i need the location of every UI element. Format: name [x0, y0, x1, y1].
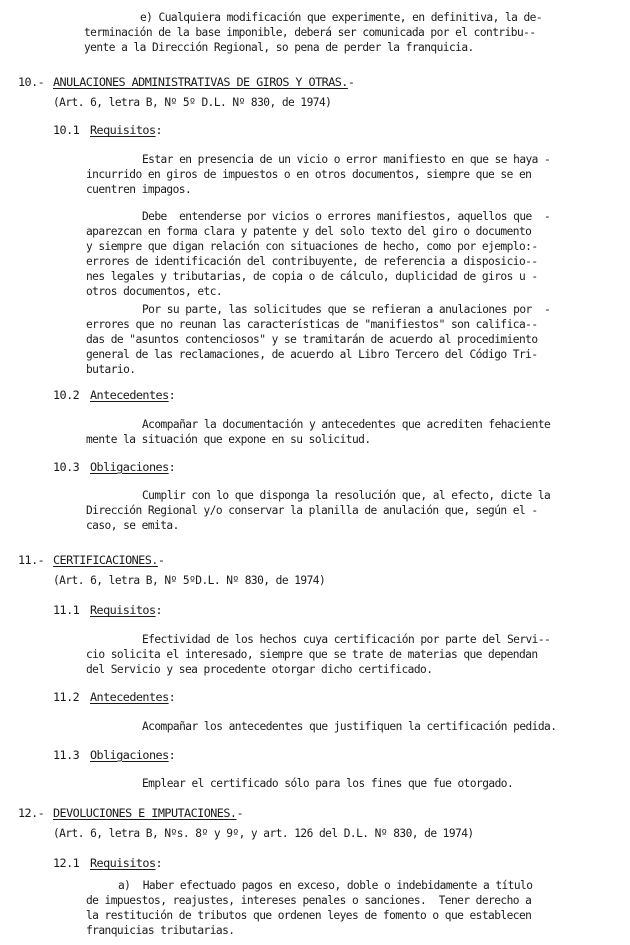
paragraph-line: caso, se emita.: [86, 519, 179, 533]
subsection-heading: Obligaciones:: [90, 748, 175, 762]
paragraph-line: del Servicio y sea procedente otorgar di…: [86, 663, 432, 677]
heading-colon: :: [169, 690, 176, 704]
paragraph-line: Estar en presencia de un vicio o error m…: [142, 153, 550, 167]
paragraph-line: Cumplir con lo que disponga la resolució…: [142, 489, 550, 503]
heading-colon: :: [169, 388, 176, 402]
subsection-heading: Requisitos:: [90, 603, 162, 617]
paragraph-line: Acompañar la documentación y antecedente…: [142, 418, 550, 432]
paragraph-line: aparezcan en forma clara y patente y del…: [86, 225, 531, 239]
paragraph-line: das de "asuntos contenciosos" y se trami…: [86, 333, 538, 347]
legal-reference: (Art. 6, letra B, Nºs. 8º y 9º, y art. 1…: [53, 827, 474, 841]
paragraph-line: Dirección Regional y/o conservar la plan…: [86, 504, 538, 518]
paragraph-line: general de las reclamaciones, de acuerdo…: [86, 348, 538, 362]
section-title-suffix: -: [158, 553, 165, 567]
subsection-heading: Requisitos:: [90, 123, 162, 137]
subsection-number: 11.1: [53, 603, 79, 617]
heading-colon: :: [169, 460, 176, 474]
heading-colon: :: [169, 748, 176, 762]
section-number: 12.-: [18, 806, 44, 820]
paragraph-line: mente la situación que expone en su soli…: [86, 433, 371, 447]
subsection-heading-text: Requisitos: [90, 856, 156, 870]
paragraph-line: e) Cualquiera modificación que experimen…: [140, 11, 612, 25]
paragraph-line: franquicias tributarias.: [86, 924, 234, 938]
section-number: 11.-: [18, 553, 44, 567]
paragraph-line: terminación de la base imponible, deberá…: [84, 26, 612, 40]
section-title-suffix: -: [348, 75, 355, 89]
subsection-heading: Antecedentes:: [90, 388, 175, 402]
paragraph-line: Efectividad de los hechos cuya certifica…: [142, 633, 550, 647]
paragraph-line: errores de identificación del contribuye…: [86, 255, 538, 269]
section-title: DEVOLUCIONES E IMPUTACIONES.-: [53, 806, 243, 820]
subsection-number: 10.3: [53, 460, 79, 474]
subsection-heading-text: Antecedentes: [90, 690, 169, 704]
paragraph-line: y siempre que digan relación con situaci…: [86, 240, 538, 254]
paragraph-line: errores que no reunan las característica…: [86, 318, 538, 332]
subsection-number: 11.3: [53, 748, 79, 762]
subsection-heading: Antecedentes:: [90, 690, 175, 704]
heading-colon: :: [156, 856, 163, 870]
paragraph-line: yente a la Dirección Regional, so pena d…: [84, 41, 474, 55]
section-title-text: DEVOLUCIONES E IMPUTACIONES.: [53, 806, 236, 820]
heading-colon: :: [156, 603, 163, 617]
paragraph-line: butario.: [86, 363, 135, 377]
paragraph-line: nes legales y tributarias, de copia o de…: [86, 270, 538, 284]
subsection-number: 11.2: [53, 690, 79, 704]
paragraph-line: Emplear el certificado sólo para los fin…: [142, 777, 513, 791]
section-number: 10.-: [18, 75, 44, 89]
subsection-heading: Obligaciones:: [90, 460, 175, 474]
subsection-number: 10.1: [53, 123, 79, 137]
legal-reference: (Art. 6, letra B, Nº 5ºD.L. Nº 830, de 1…: [53, 574, 325, 588]
paragraph-line: cio solicita el interesado, siempre que …: [86, 648, 538, 662]
subsection-number: 12.1: [53, 856, 79, 870]
subsection-number: 10.2: [53, 388, 79, 402]
section-title-suffix: -: [236, 806, 243, 820]
paragraph-line: Acompañar los antecedentes que justifiqu…: [142, 720, 556, 734]
section-title: ANULACIONES ADMINISTRATIVAS DE GIROS Y O…: [53, 75, 354, 89]
subsection-heading-text: Requisitos: [90, 123, 156, 137]
paragraph-line: incurrido en giros de impuestos o en otr…: [86, 168, 531, 182]
subsection-heading-text: Obligaciones: [90, 460, 169, 474]
subsection-heading: Requisitos:: [90, 856, 162, 870]
paragraph-line: Por su parte, las solicitudes que se ref…: [142, 303, 550, 317]
heading-colon: :: [156, 123, 163, 137]
paragraph-line: la restitución de tributos que ordenen l…: [86, 909, 531, 923]
section-title-text: ANULACIONES ADMINISTRATIVAS DE GIROS Y O…: [53, 75, 348, 89]
paragraph-line: de impuestos, reajustes, intereses penal…: [86, 894, 531, 908]
paragraph-line: a) Haber efectuado pagos en exceso, dobl…: [118, 879, 532, 893]
paragraph-line: Debe entenderse por vicios o errores man…: [142, 210, 550, 224]
section-title-text: CERTIFICACIONES.: [53, 553, 158, 567]
subsection-heading-text: Antecedentes: [90, 388, 169, 402]
section-title: CERTIFICACIONES.-: [53, 553, 164, 567]
legal-reference: (Art. 6, letra B, Nº 5º D.L. Nº 830, de …: [53, 96, 331, 110]
subsection-heading-text: Obligaciones: [90, 748, 169, 762]
paragraph-line: otros documentos, etc.: [86, 285, 222, 299]
paragraph-line: cuentren impagos.: [86, 183, 191, 197]
subsection-heading-text: Requisitos: [90, 603, 156, 617]
